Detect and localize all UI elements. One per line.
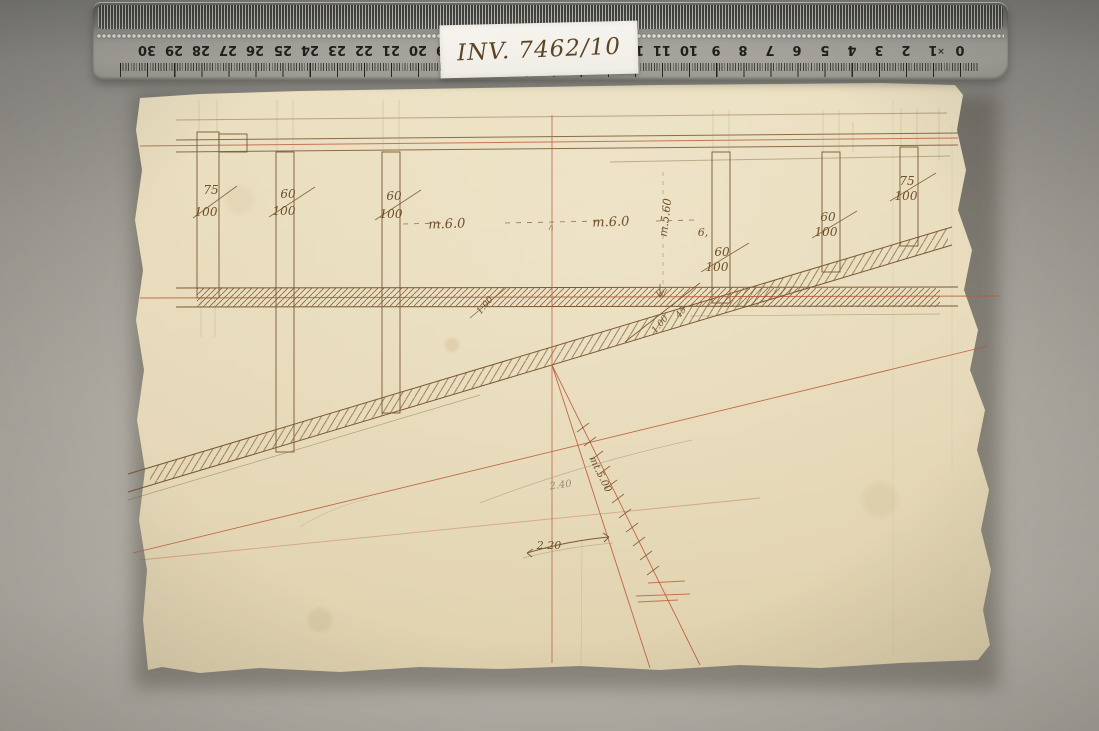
ruler-number: 2	[891, 42, 921, 57]
ruler-number: 8	[728, 42, 758, 57]
photo-stage: 75 100 60 100 60 100 6, 60 100 60 100 75…	[0, 0, 1099, 731]
ruler-number: 20	[403, 42, 433, 57]
ruler-number: 26	[240, 42, 270, 57]
ruler-number: 4	[837, 42, 867, 57]
inventory-number: INV. 7462/10	[457, 33, 622, 66]
ruler-number: 5	[810, 42, 840, 57]
ruler-number: 24	[295, 42, 325, 57]
ruler-number: 6	[782, 42, 812, 57]
ruler-number: 11	[647, 42, 677, 57]
ruler-number: 29	[159, 42, 189, 57]
ruler-number: 23	[322, 42, 352, 57]
ruler-number: 0	[945, 42, 975, 57]
ruler-star-mark: ✕	[934, 45, 948, 55]
ruler-number: 22	[349, 42, 379, 57]
inventory-label: INV. 7462/10	[439, 21, 638, 79]
ruler-number: 21	[376, 42, 406, 57]
ruler-number: 27	[213, 42, 243, 57]
ruler-number: 28	[186, 42, 216, 57]
ruler-number: 9	[701, 42, 731, 57]
ruler-number: 30	[132, 42, 162, 57]
ruler-number: 25	[268, 42, 298, 57]
drawing-sheet	[0, 0, 1099, 731]
ruler-number: 10	[674, 42, 704, 57]
ruler-number: 3	[864, 42, 894, 57]
ruler-number: 7	[755, 42, 785, 57]
